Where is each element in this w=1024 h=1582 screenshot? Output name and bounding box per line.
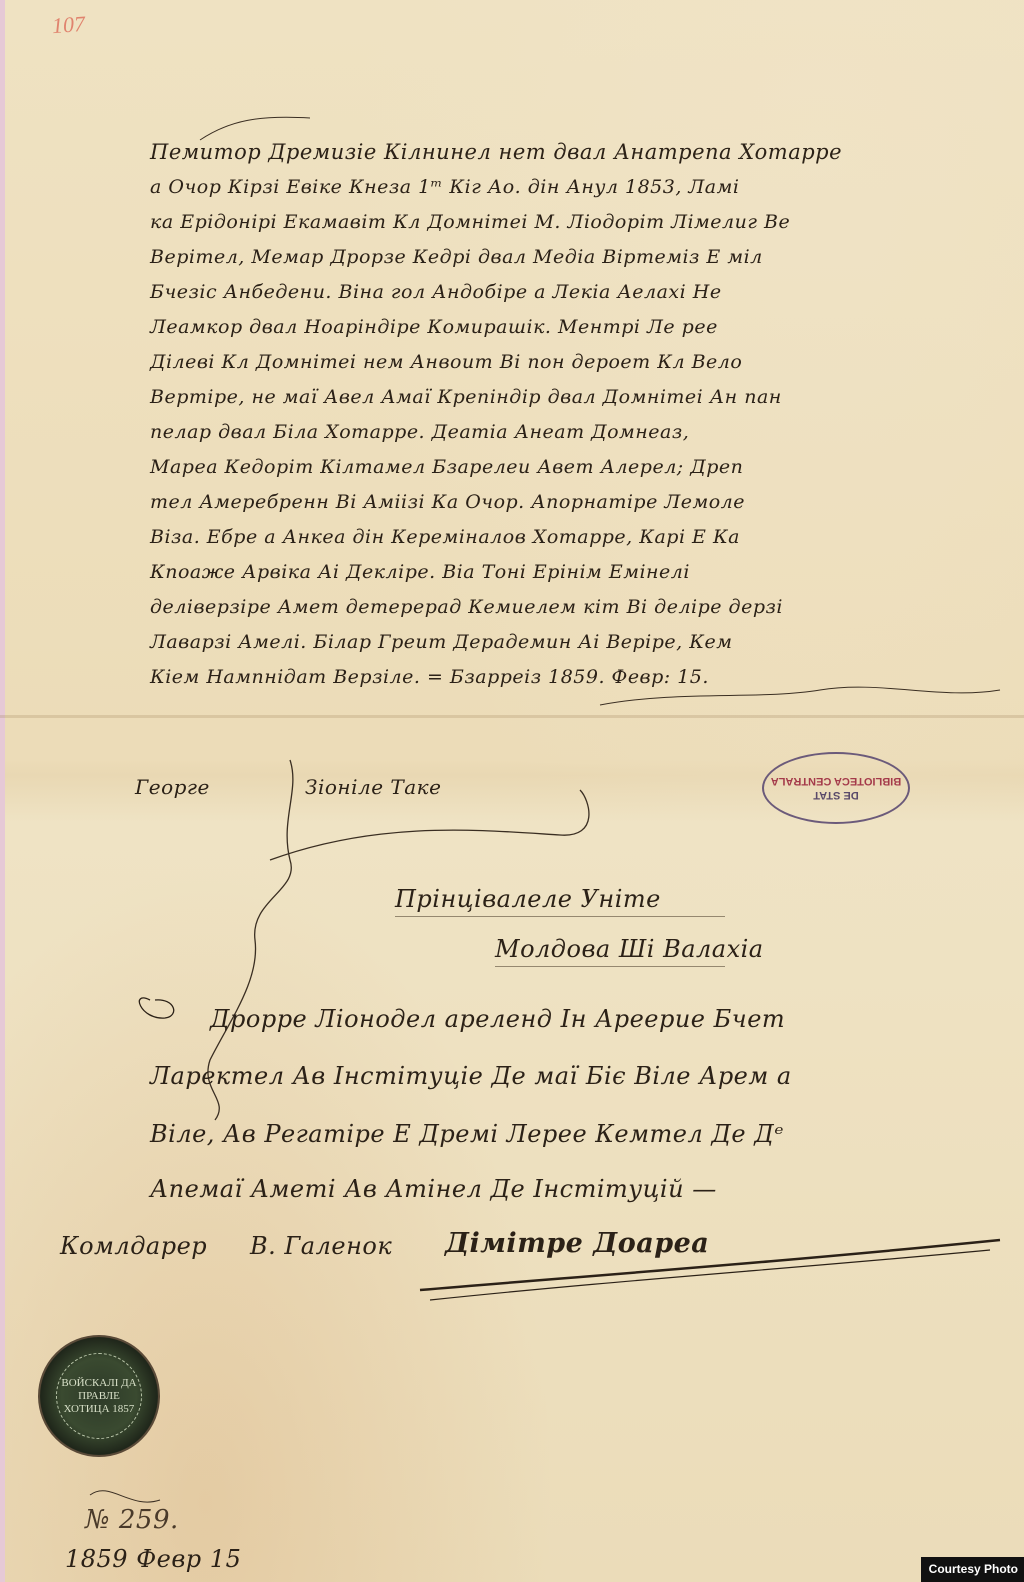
text-line: Дрорре Ліонодел ареленд Ін Ареерие Бчет <box>210 1005 785 1033</box>
signature-surname: Зіоніле Таке <box>305 775 441 799</box>
seal-text: ВОЙСКАЛІ ДА ПРАВЛЕ ХОТИЦА 1857 <box>56 1353 142 1439</box>
photo-credit: Courtesy Photo <box>921 1557 1024 1582</box>
text-line: Віле, Ав Регатіре Е Дремі Лерее Кемтел Д… <box>150 1120 784 1148</box>
address-line-1: Прінцівалеле Уніте <box>395 885 661 913</box>
signature-name: В. Галенок <box>250 1232 392 1260</box>
stamp-line-1: DE STAT <box>813 788 858 802</box>
official-seal: ВОЙСКАЛІ ДА ПРАВЛЕ ХОТИЦА 1857 <box>38 1335 160 1457</box>
signature-title: Комлдарер <box>60 1232 207 1260</box>
text-line: Апемаї Аметі Ав Атінел Де Інстітуцій — <box>150 1175 717 1203</box>
registry-date: 1859 Февр 15 <box>65 1545 241 1573</box>
registry-number: № 259. <box>85 1505 179 1535</box>
signature-autograph: Дімітре Доареа <box>445 1228 709 1259</box>
signature-first-name: Георге <box>135 775 210 799</box>
underline <box>395 916 725 917</box>
library-stamp: DE STAT BIBLIOTECA CENTRALA <box>762 752 910 824</box>
text-line: Ларектел Ав Інстітуціе Де маї Біє Віле А… <box>150 1062 792 1090</box>
stamp-line-2: BIBLIOTECA CENTRALA <box>771 774 901 788</box>
underline <box>495 966 725 967</box>
address-line-2: Молдова Ші Валахіа <box>495 935 764 963</box>
